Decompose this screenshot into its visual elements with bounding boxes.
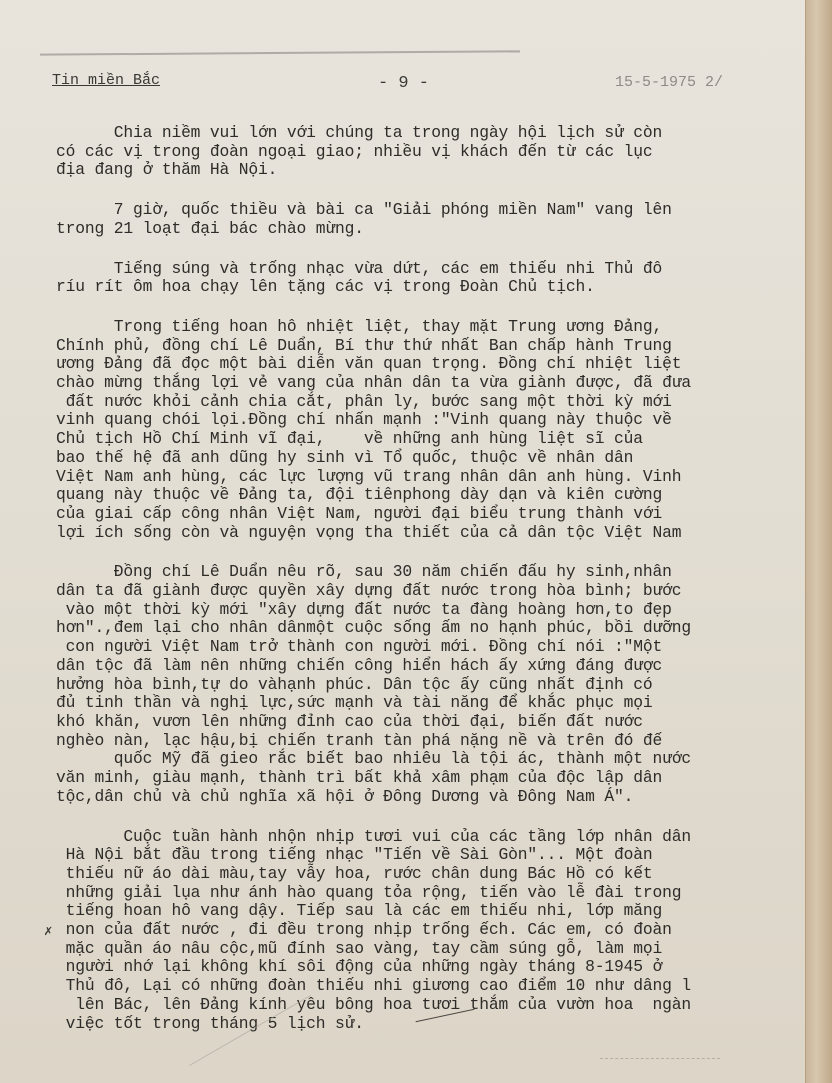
text-line: Việt Nam anh hùng, các lực lượng vũ tran… <box>56 468 806 487</box>
text-line: ương Đảng đã đọc một bài diễn văn quan t… <box>56 355 806 374</box>
paragraph: Trong tiếng hoan hô nhiệt liệt, thay mặt… <box>56 318 806 542</box>
text-line: Chủ tịch Hồ Chí Minh vĩ đại, về những an… <box>56 430 806 449</box>
page-number: - 9 - <box>378 74 429 93</box>
text-line: văn minh, giàu mạnh, thành trì bất khả x… <box>56 769 806 788</box>
text-line: lên Bác, lên Đảng kính yêu bông hoa tươi… <box>56 996 806 1015</box>
header-rule <box>40 50 520 55</box>
text-line: non của đất nước , đi đều trong nhịp trố… <box>56 921 806 940</box>
text-line: vào một thời kỳ mới "xây dựng đất nước t… <box>56 601 806 620</box>
document-date: 15-5-1975 2/ <box>615 74 723 91</box>
text-line: của giai cấp công nhân Việt Nam, người đ… <box>56 505 806 524</box>
text-line: có các vị trong đoàn ngoại giao; nhiều v… <box>56 143 806 162</box>
text-line: bao thế hệ đã anh dũng hy sinh vì Tổ quố… <box>56 449 806 468</box>
text-line: mặc quần áo nâu cộc,mũ đính sao vàng, ta… <box>56 940 806 959</box>
text-line: tộc,dân chủ và chủ nghĩa xã hội ở Đông D… <box>56 788 806 807</box>
paragraph: Chia niềm vui lớn với chúng ta trong ngà… <box>56 124 806 180</box>
text-line: 7 giờ, quốc thiều và bài ca "Giải phóng … <box>56 201 806 220</box>
text-line: đất nước khỏi cảnh chia cắt, phân ly, bư… <box>56 393 806 412</box>
text-line: hưởng hòa bình,tự do vàhạnh phúc. Dân tộ… <box>56 676 806 695</box>
text-line: con người Việt Nam trở thành con người m… <box>56 638 806 657</box>
text-line: đủ tinh thần và nghị lực,sức mạnh và tài… <box>56 694 806 713</box>
document-body: Chia niềm vui lớn với chúng ta trong ngà… <box>56 124 806 1054</box>
text-line: trong 21 loạt đại bác chào mừng. <box>56 220 806 239</box>
paragraph: Cuộc tuần hành nhộn nhịp tươi vui của cá… <box>56 828 806 1034</box>
text-line: hơn".,đem lại cho nhân dânmột cuộc sống … <box>56 619 806 638</box>
text-line: địa đang ở thăm Hà Nội. <box>56 161 806 180</box>
pencil-mark <box>600 1058 720 1059</box>
text-line: dân tộc đã làm nên những chiến công hiển… <box>56 657 806 676</box>
page-header: Tin miền Bắc - 9 - 15-5-1975 2/ <box>0 70 806 94</box>
paragraph: 7 giờ, quốc thiều và bài ca "Giải phóng … <box>56 201 806 238</box>
paragraph: Tiếng súng và trống nhạc vừa dứt, các em… <box>56 260 806 297</box>
text-line: Thủ đô, Lại có những đoàn thiếu nhi giươ… <box>56 977 806 996</box>
text-line: Cuộc tuần hành nhộn nhịp tươi vui của cá… <box>56 828 806 847</box>
section-title: Tin miền Bắc <box>52 72 160 89</box>
text-line: quốc Mỹ đã gieo rắc biết bao nhiêu là tộ… <box>56 750 806 769</box>
margin-mark: ✗ <box>44 923 52 940</box>
text-line: vinh quang chói lọi.Đồng chí nhấn mạnh :… <box>56 411 806 430</box>
text-line: Chính phủ, đồng chí Lê Duẩn, Bí thư thứ … <box>56 337 806 356</box>
text-line: ríu rít ôm hoa chạy lên tặng các vị tron… <box>56 278 806 297</box>
text-line: quang này thuộc về Đảng ta, đội tiênphon… <box>56 486 806 505</box>
document-page: Tin miền Bắc - 9 - 15-5-1975 2/ Chia niề… <box>0 0 806 1083</box>
text-line: người nhớ lại không khí sôi động của nhữ… <box>56 958 806 977</box>
text-line: những giải lụa như ánh hào quang tỏa rộn… <box>56 884 806 903</box>
text-line: Tiếng súng và trống nhạc vừa dứt, các em… <box>56 260 806 279</box>
paragraph: Đồng chí Lê Duẩn nêu rõ, sau 30 năm chiế… <box>56 563 806 806</box>
page-binding-edge <box>805 0 832 1083</box>
text-line: chào mừng thắng lợi vẻ vang của nhân dân… <box>56 374 806 393</box>
text-line: nghèo nàn, lạc hậu,bị chiến tranh tàn ph… <box>56 732 806 751</box>
text-line: dân ta đã giành được quyền xây dựng đất … <box>56 582 806 601</box>
text-line: lợi ích sống còn và nguyện vọng tha thiế… <box>56 524 806 543</box>
text-line: thiếu nữ áo dài màu,tay vẫy hoa, rước ch… <box>56 865 806 884</box>
text-line: tiếng hoan hô vang dậy. Tiếp sau là các … <box>56 902 806 921</box>
text-line: Chia niềm vui lớn với chúng ta trong ngà… <box>56 124 806 143</box>
text-line: Hà Nội bắt đầu trong tiếng nhạc "Tiến về… <box>56 846 806 865</box>
text-line: khó khăn, vươn lên những đỉnh cao của th… <box>56 713 806 732</box>
text-line: Đồng chí Lê Duẩn nêu rõ, sau 30 năm chiế… <box>56 563 806 582</box>
text-line: Trong tiếng hoan hô nhiệt liệt, thay mặt… <box>56 318 806 337</box>
